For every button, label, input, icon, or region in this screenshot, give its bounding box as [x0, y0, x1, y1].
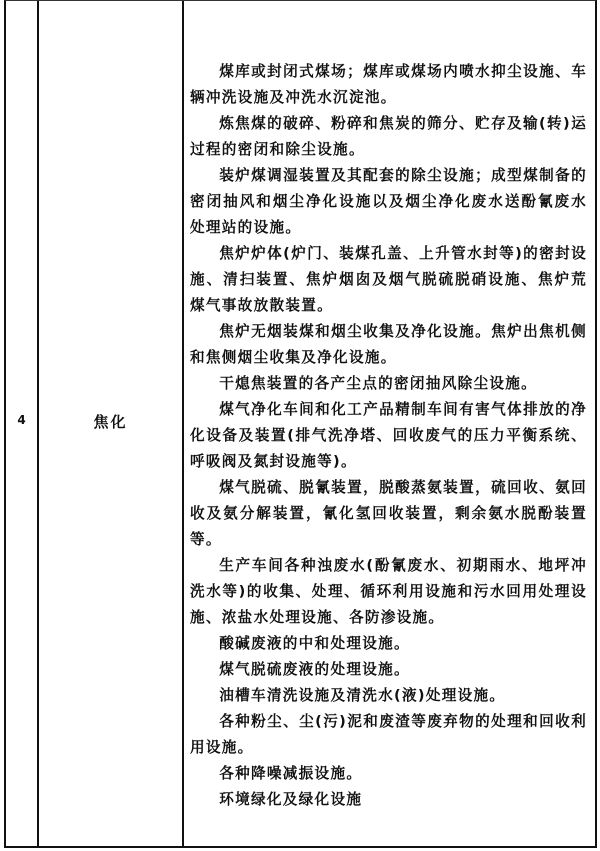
content-cell: 煤库或封闭式煤场；煤库或煤场内喷水抑尘设施、车辆冲洗设施及冲洗水沉淀池。 炼焦煤…	[184, 1, 595, 846]
paragraph: 煤气脱硫废液的处理设施。	[190, 657, 587, 683]
paragraph: 环境绿化及绿化设施	[190, 787, 587, 813]
paragraph: 生产车间各种浊废水(酚氰废水、初期雨水、地坪冲洗水等)的收集、处理、循环利用设施…	[190, 553, 587, 631]
paragraph: 装炉煤调湿装置及其配套的除尘设施；成型煤制备的密闭抽风和烟尘净化设施以及烟尘净化…	[190, 163, 587, 241]
paragraph-list: 煤库或封闭式煤场；煤库或煤场内喷水抑尘设施、车辆冲洗设施及冲洗水沉淀池。 炼焦煤…	[190, 59, 587, 813]
paragraph: 炼焦煤的破碎、粉碎和焦炭的筛分、贮存及输(转)运过程的密闭和除尘设施。	[190, 111, 587, 163]
paragraph: 油槽车清洗设施及清洗水(液)处理设施。	[190, 683, 587, 709]
row-number-cell: 4	[6, 1, 39, 846]
paragraph: 煤库或封闭式煤场；煤库或煤场内喷水抑尘设施、车辆冲洗设施及冲洗水沉淀池。	[190, 59, 587, 111]
paragraph: 干熄焦装置的各产尘点的密闭抽风除尘设施。	[190, 371, 587, 397]
row-number: 4	[6, 413, 37, 427]
paragraph: 酸碱废液的中和处理设施。	[190, 631, 587, 657]
category-cell: 焦化	[39, 1, 184, 846]
paragraph: 焦炉无烟装煤和烟尘收集及净化设施。焦炉出焦机侧和焦侧烟尘收集及净化设施。	[190, 319, 587, 371]
paragraph: 煤气脱硫、脱氰装置，脱酸蒸氨装置，硫回收、氨回收及氨分解装置，氰化氢回收装置，剩…	[190, 475, 587, 553]
paragraph: 煤气净化车间和化工产品精制车间有害气体排放的净化设备及装置(排气洗净塔、回收废气…	[190, 397, 587, 475]
facilities-table: 4 焦化 煤库或封闭式煤场；煤库或煤场内喷水抑尘设施、车辆冲洗设施及冲洗水沉淀池…	[4, 0, 597, 848]
paragraph: 各种降噪减振设施。	[190, 761, 587, 787]
category-label: 焦化	[39, 411, 182, 432]
paragraph: 焦炉炉体(炉门、装煤孔盖、上升管水封等)的密封设施、清扫装置、焦炉烟囱及烟气脱硫…	[190, 241, 587, 319]
paragraph: 各种粉尘、尘(污)泥和废渣等废弃物的处理和回收利用设施。	[190, 709, 587, 761]
